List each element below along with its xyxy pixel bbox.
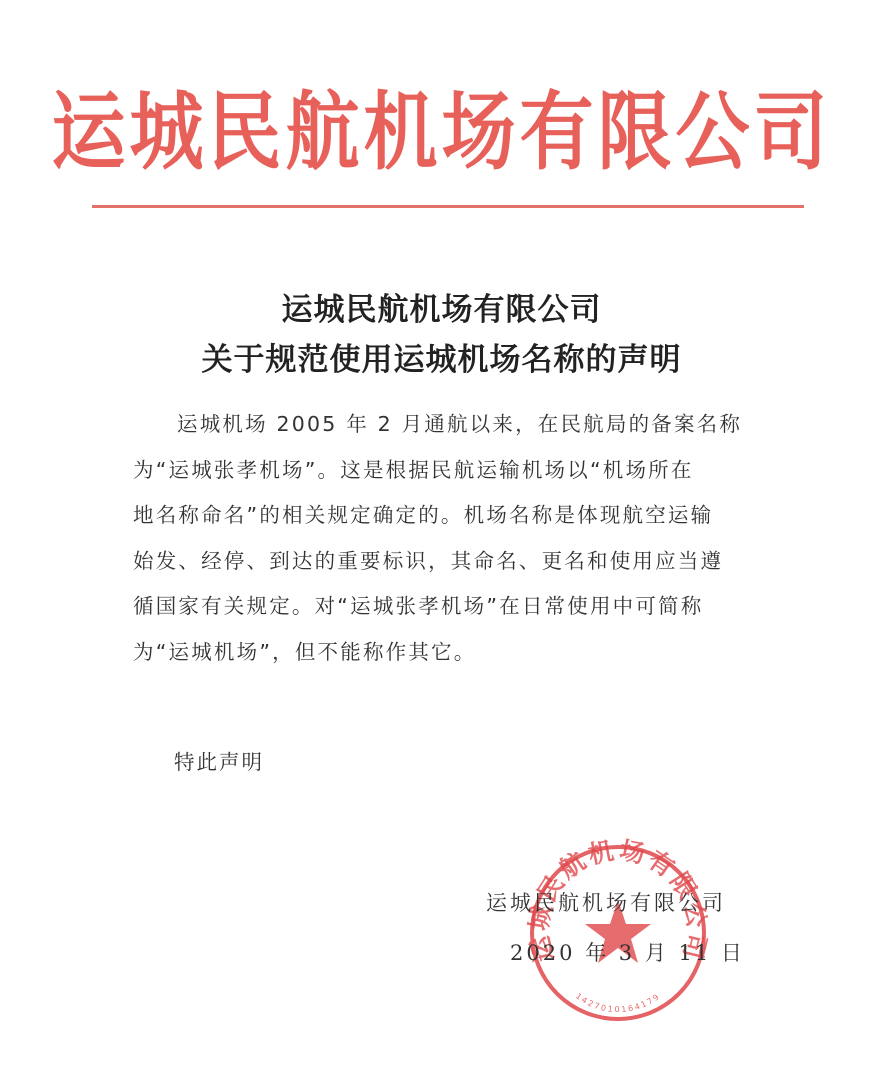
body-line: 始发、经停、到达的重要标识，其命名、更名和使用应当遵 xyxy=(133,539,778,585)
body-line: 为“运城张孝机场”。这是根据民航运输机场以“机场所在 xyxy=(133,448,778,494)
signature-company: 运城民航机场有限公司 xyxy=(486,887,726,917)
body-line: 地名称命名”的相关规定确定的。机场名称是体现航空运输 xyxy=(133,493,778,539)
official-seal-icon: 运城民航机场有限公司 1427010164179 xyxy=(518,838,718,1028)
body-line: 为“运城机场”，但不能称作其它。 xyxy=(133,630,778,676)
document-title-line1: 运城民航机场有限公司 xyxy=(0,284,883,329)
letterhead-company-name: 运城民航机场有限公司 xyxy=(0,90,883,175)
signature-date: 2020 年 3 月 11 日 xyxy=(510,937,745,967)
body-line: 循国家有关规定。对“运城张孝机场”在日常使用中可简称 xyxy=(133,584,778,630)
letterhead-divider xyxy=(92,205,804,208)
body-line: 运城机场 2005 年 2 月通航以来，在民航局的备案名称 xyxy=(133,402,778,448)
document-title-line2: 关于规范使用运城机场名称的声明 xyxy=(0,334,883,379)
svg-text:1427010164179: 1427010164179 xyxy=(574,991,662,1014)
closing-statement: 特此声明 xyxy=(174,745,264,775)
statement-body: 运城机场 2005 年 2 月通航以来，在民航局的备案名称 为“运城张孝机场”。… xyxy=(133,402,778,675)
